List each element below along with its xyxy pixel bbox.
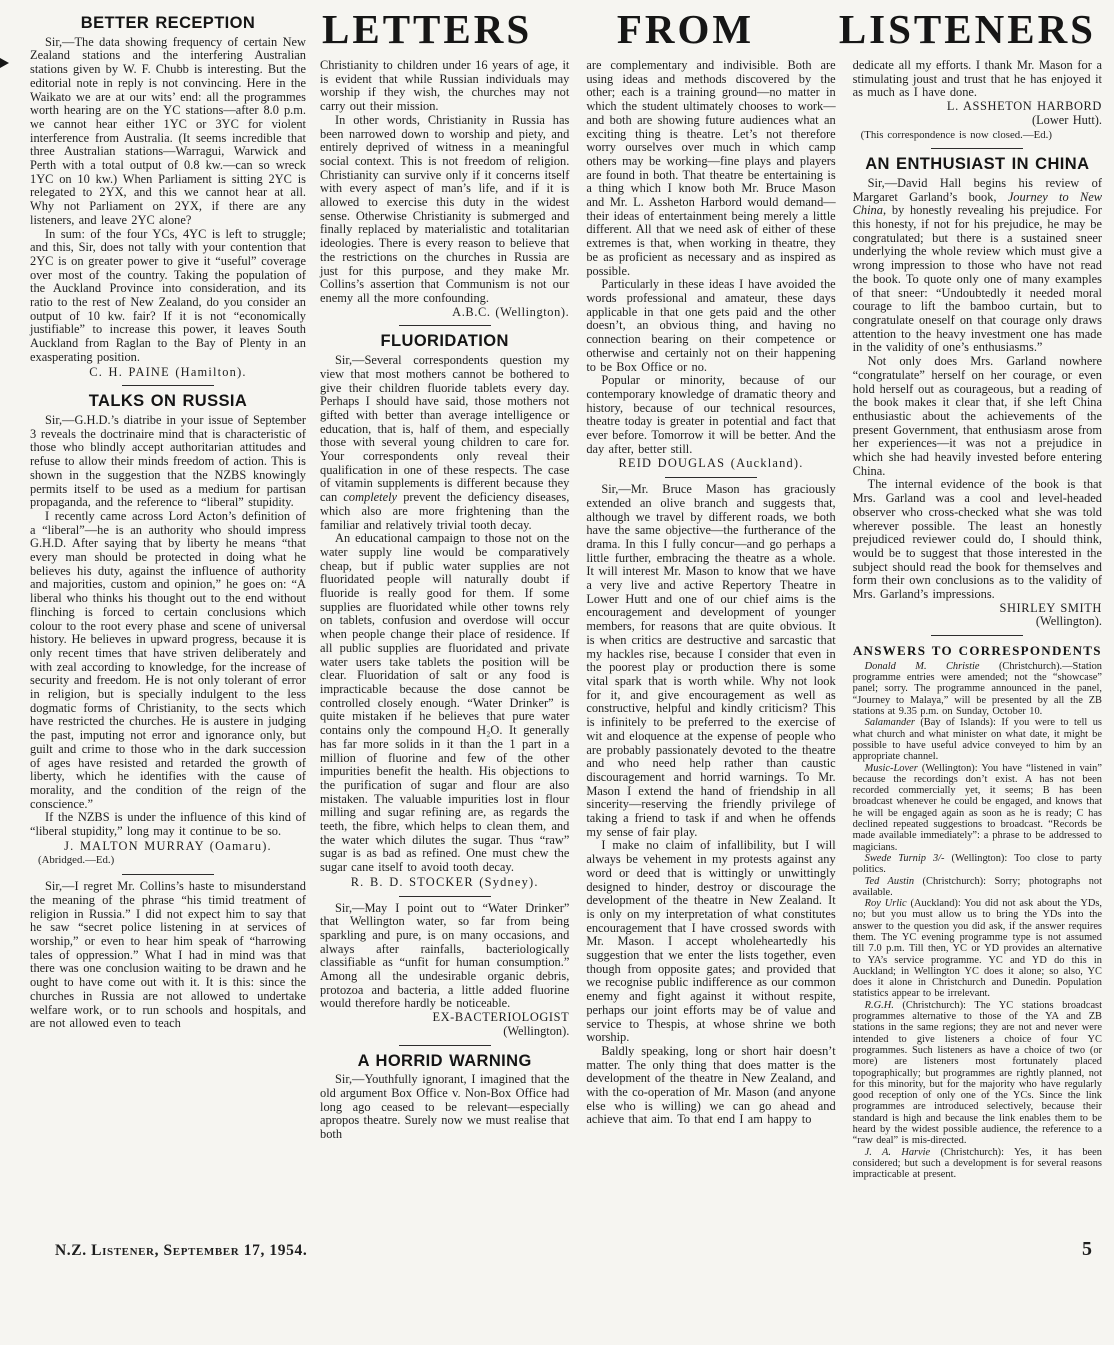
separator-rule (399, 896, 491, 897)
letter-paragraph: Popular or minority, because of our cont… (586, 374, 835, 456)
letter-signature: SHIRLEY SMITH (984, 602, 1102, 616)
scan-artifact-mark (0, 58, 9, 68)
letter-signature: L. ASSHETON HARBORD (947, 100, 1102, 114)
letter-paragraph: Baldly speaking, long or short hair does… (586, 1045, 835, 1127)
masthead-word: LETTERS (322, 8, 532, 51)
letter-paragraph: In sum: of the four YCs, 4YC is left to … (30, 228, 306, 365)
page-layout: BETTER RECEPTIONSir,—The data showing fr… (30, 8, 1102, 1181)
answer-item: J. A. Harvie (Christchurch): Yes, it has… (853, 1147, 1102, 1181)
letter-signature-location: (Wellington). (320, 1025, 569, 1039)
answer-item: Salamander (Bay of Islands): If you were… (853, 717, 1102, 762)
masthead-word: LISTENERS (839, 8, 1096, 51)
letter-paragraph: Sir,—G.H.D.’s diatribe in your issue of … (30, 414, 306, 510)
separator-rule (931, 148, 1023, 149)
letter-paragraph: are complementary and indivisible. Both … (586, 59, 835, 278)
answer-item: Ted Austin (Christchurch): Sorry; photog… (853, 876, 1102, 899)
answers-heading: ANSWERS TO CORRESPONDENTS (853, 644, 1102, 658)
letter-signature: C. H. PAINE (Hamilton). (30, 366, 306, 380)
separator-rule (122, 385, 214, 386)
answer-item: Swede Turnip 3/- (Wellington): Too close… (853, 853, 1102, 876)
letter-paragraph: I make no claim of infallibility, but I … (586, 839, 835, 1045)
answer-item: R.G.H. (Christchurch): The YC stations b… (853, 1000, 1102, 1147)
column-1: BETTER RECEPTIONSir,—The data showing fr… (30, 8, 306, 1181)
letter-paragraph: Christianity to children under 16 years … (320, 59, 569, 114)
letter-signature-location: (Lower Hutt). (853, 114, 1102, 128)
letter-paragraph: Sir,—The data showing frequency of certa… (30, 36, 306, 228)
letter-signature: REID DOUGLAS (Auckland). (586, 457, 835, 471)
letter-signature: R. B. D. STOCKER (Sydney). (320, 876, 569, 890)
letter-paragraph: The internal evidence of the book is tha… (853, 478, 1102, 615)
answer-item: Music-Lover (Wellington): You have “list… (853, 763, 1102, 853)
letter-paragraph: Sir,—Youthfully ignorant, I imagined tha… (320, 1073, 569, 1142)
letter-heading: AN ENTHUSIAST IN CHINA (853, 158, 1102, 172)
letter-paragraph: An educational campaign to those not on … (320, 532, 569, 875)
column-2: Christianity to children under 16 years … (320, 59, 569, 1180)
letter-paragraph: Sir,—David Hall begins his review of Mar… (853, 177, 1102, 355)
column-3: are complementary and indivisible. Both … (586, 59, 835, 1180)
masthead-word: FROM (617, 8, 754, 51)
page-footer: N.Z. Listener, September 17, 1954. 5 (55, 1238, 1092, 1261)
letter-heading: A HORRID WARNING (320, 1055, 569, 1069)
footer-issue-date: N.Z. Listener, September 17, 1954. (55, 1242, 307, 1260)
letter-paragraph: If the NZBS is under the influence of th… (30, 811, 306, 838)
letter-signature: EX-BACTERIOLOGIST (417, 1011, 569, 1025)
footer-page-number: 5 (1082, 1238, 1092, 1261)
letter-paragraph: I recently came across Lord Acton’s defi… (30, 510, 306, 811)
letter-paragraph: Sir,—I regret Mr. Collins’s haste to mis… (30, 880, 306, 1031)
letter-paragraph: Sir,—Mr. Bruce Mason has graciously exte… (586, 483, 835, 839)
separator-rule (399, 325, 491, 326)
letter-paragraph: Sir,—Several correspondents question my … (320, 354, 569, 532)
letter-paragraph: Not only does Mrs. Garland nowhere “cong… (853, 355, 1102, 478)
letter-paragraph: In other words, Christianity in Russia h… (320, 114, 569, 320)
letter-heading: BETTER RECEPTION (30, 17, 306, 31)
editor-note: (This correspondence is now closed.—Ed.) (853, 129, 1102, 143)
letter-signature: J. MALTON MURRAY (Oamaru). (30, 840, 306, 854)
separator-rule (122, 874, 214, 875)
letter-paragraph: dedicate all my efforts. I thank Mr. Mas… (853, 59, 1102, 114)
newspaper-page: BETTER RECEPTIONSir,—The data showing fr… (0, 0, 1114, 1345)
letter-columns: Christianity to children under 16 years … (320, 59, 1102, 1180)
answer-item: Donald M. Christie (Christchurch).—Stati… (853, 661, 1102, 717)
letter-heading: TALKS ON RUSSIA (30, 395, 306, 409)
right-section: LETTERS FROM LISTENERS Christianity to c… (320, 8, 1102, 1181)
letter-paragraph: Particularly in these ideas I have avoid… (586, 278, 835, 374)
letter-signature: A.B.C. (Wellington). (437, 306, 569, 320)
letter-paragraph: Sir,—May I point out to “Water Drinker” … (320, 902, 569, 1025)
letter-signature-location: (Wellington). (853, 615, 1102, 629)
page-masthead: LETTERS FROM LISTENERS (320, 8, 1102, 53)
separator-rule (931, 635, 1023, 636)
editor-note: (Abridged.—Ed.) (30, 854, 306, 868)
separator-rule (399, 1045, 491, 1046)
answer-item: Roy Urlic (Auckland): You did not ask ab… (853, 898, 1102, 1000)
separator-rule (665, 477, 757, 478)
letter-heading: FLUORIDATION (320, 335, 569, 349)
column-4: dedicate all my efforts. I thank Mr. Mas… (853, 59, 1102, 1180)
